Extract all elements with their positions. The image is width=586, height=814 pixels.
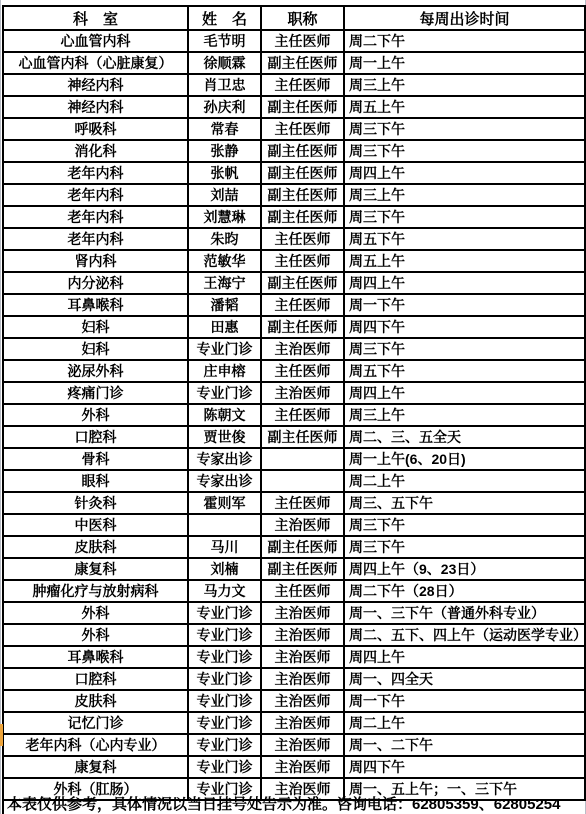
cell-title: 副主任医师 <box>261 184 344 206</box>
table-row: 康复科专业门诊主治医师周四下午 <box>3 756 585 778</box>
cell-department: 呼吸科 <box>3 118 188 140</box>
cell-schedule: 周三下午 <box>344 514 585 536</box>
cell-schedule: 周三下午 <box>344 140 585 162</box>
cell-title: 主治医师 <box>261 514 344 536</box>
cell-name: 王海宁 <box>188 272 261 294</box>
cell-name: 常春 <box>188 118 261 140</box>
cell-department: 耳鼻喉科 <box>3 294 188 316</box>
table-row: 老年内科（心内专业）专业门诊主治医师周一、二下午 <box>3 734 585 756</box>
cell-name: 专业门诊 <box>188 668 261 690</box>
table-row: 口腔科专业门诊主治医师周一、四全天 <box>3 668 585 690</box>
table-row: 老年内科朱昀主任医师周五下午 <box>3 228 585 250</box>
cell-department: 皮肤科 <box>3 536 188 558</box>
cell-name: 刘喆 <box>188 184 261 206</box>
col-header-department: 科 室 <box>3 6 188 30</box>
cell-title <box>261 448 344 470</box>
table-row: 肾内科范敏华主任医师周五上午 <box>3 250 585 272</box>
cell-name: 专业门诊 <box>188 646 261 668</box>
table-row: 老年内科刘喆副主任医师周三上午 <box>3 184 585 206</box>
cell-title: 主治医师 <box>261 382 344 404</box>
cell-name: 霍则军 <box>188 492 261 514</box>
table-row: 骨科专家出诊周一上午(6、20日) <box>3 448 585 470</box>
cell-title: 主治医师 <box>261 624 344 646</box>
cell-title: 副主任医师 <box>261 96 344 118</box>
table-row: 康复科刘楠副主任医师周四上午（9、23日） <box>3 558 585 580</box>
cell-name: 张静 <box>188 140 261 162</box>
cell-title: 主任医师 <box>261 404 344 426</box>
cell-title: 主治医师 <box>261 602 344 624</box>
table-row: 神经内科肖卫忠主任医师周三上午 <box>3 74 585 96</box>
cell-schedule: 周二下午 <box>344 30 585 52</box>
table-row: 外科专业门诊主治医师周一、三下午（普通外科专业） <box>3 602 585 624</box>
table-row: 口腔科贾世俊副主任医师周二、三、五全天 <box>3 426 585 448</box>
cell-schedule: 周四上午（9、23日） <box>344 558 585 580</box>
table-row: 外科专业门诊主治医师周二、五下、四上午（运动医学专业） <box>3 624 585 646</box>
cell-name: 田惠 <box>188 316 261 338</box>
cell-schedule: 周五下午 <box>344 360 585 382</box>
cell-title: 副主任医师 <box>261 426 344 448</box>
cell-department: 心血管内科（心脏康复） <box>3 52 188 74</box>
cell-title: 主任医师 <box>261 492 344 514</box>
cell-schedule: 周四上午 <box>344 382 585 404</box>
cell-schedule: 周四上午 <box>344 162 585 184</box>
table-row: 妇科专业门诊主治医师周三下午 <box>3 338 585 360</box>
cell-name: 专家出诊 <box>188 448 261 470</box>
table-row: 消化科张静副主任医师周三下午 <box>3 140 585 162</box>
cell-department: 肿瘤化疗与放射病科 <box>3 580 188 602</box>
cell-department: 妇科 <box>3 338 188 360</box>
table-row: 记忆门诊专业门诊主治医师周二上午 <box>3 712 585 734</box>
cell-name: 专业门诊 <box>188 624 261 646</box>
clinic-schedule-table: 科 室 姓 名 职称 每周出诊时间 心血管内科毛节明主任医师周二下午心血管内科（… <box>2 5 586 801</box>
table-row: 耳鼻喉科潘韬主任医师周一下午 <box>3 294 585 316</box>
cell-department: 老年内科 <box>3 206 188 228</box>
cell-schedule: 周四下午 <box>344 756 585 778</box>
cell-department: 消化科 <box>3 140 188 162</box>
cell-department: 记忆门诊 <box>3 712 188 734</box>
table-row: 老年内科张帆副主任医师周四上午 <box>3 162 585 184</box>
table-row: 耳鼻喉科专业门诊主治医师周四上午 <box>3 646 585 668</box>
cell-title: 副主任医师 <box>261 316 344 338</box>
cell-title: 主任医师 <box>261 360 344 382</box>
cell-department: 皮肤科 <box>3 690 188 712</box>
cell-name: 专业门诊 <box>188 382 261 404</box>
cell-department: 老年内科（心内专业） <box>3 734 188 756</box>
cell-name: 专业门诊 <box>188 338 261 360</box>
cell-name: 肖卫忠 <box>188 74 261 96</box>
table-row: 肿瘤化疗与放射病科马力文主任医师周二下午（28日） <box>3 580 585 602</box>
cell-schedule: 周二、三、五全天 <box>344 426 585 448</box>
header-row: 科 室 姓 名 职称 每周出诊时间 <box>3 6 585 30</box>
col-header-name: 姓 名 <box>188 6 261 30</box>
cell-schedule: 周五下午 <box>344 228 585 250</box>
cell-title: 副主任医师 <box>261 272 344 294</box>
cell-title: 主治医师 <box>261 690 344 712</box>
cell-schedule: 周一上午(6、20日) <box>344 448 585 470</box>
cell-schedule: 周三上午 <box>344 74 585 96</box>
col-header-schedule: 每周出诊时间 <box>344 6 585 30</box>
cell-schedule: 周三下午 <box>344 118 585 140</box>
col-header-title: 职称 <box>261 6 344 30</box>
cell-schedule: 周二上午 <box>344 712 585 734</box>
cell-name: 刘楠 <box>188 558 261 580</box>
cell-title: 副主任医师 <box>261 162 344 184</box>
cell-department: 耳鼻喉科 <box>3 646 188 668</box>
cell-department: 中医科 <box>3 514 188 536</box>
cell-schedule: 周四上午 <box>344 272 585 294</box>
table-row: 针灸科霍则军主任医师周三、五下午 <box>3 492 585 514</box>
cell-department: 外科 <box>3 602 188 624</box>
cell-name: 毛节明 <box>188 30 261 52</box>
cell-title: 主任医师 <box>261 580 344 602</box>
cell-department: 外科 <box>3 404 188 426</box>
table-row: 疼痛门诊专业门诊主治医师周四上午 <box>3 382 585 404</box>
left-window-edge <box>0 0 1 814</box>
cell-department: 老年内科 <box>3 184 188 206</box>
table-row: 老年内科刘慧琳副主任医师周三下午 <box>3 206 585 228</box>
table-row: 妇科田惠副主任医师周四下午 <box>3 316 585 338</box>
cell-schedule: 周三上午 <box>344 184 585 206</box>
cell-title: 主任医师 <box>261 294 344 316</box>
cell-department: 神经内科 <box>3 96 188 118</box>
cell-name: 专业门诊 <box>188 690 261 712</box>
cell-name: 专家出诊 <box>188 470 261 492</box>
cell-name: 专业门诊 <box>188 756 261 778</box>
cell-name: 马川 <box>188 536 261 558</box>
cell-title: 主治医师 <box>261 734 344 756</box>
cell-title: 副主任医师 <box>261 140 344 162</box>
table-row: 心血管内科毛节明主任医师周二下午 <box>3 30 585 52</box>
cell-name: 孙庆利 <box>188 96 261 118</box>
table-row: 内分泌科王海宁副主任医师周四上午 <box>3 272 585 294</box>
cell-schedule: 周二、五下、四上午（运动医学专业） <box>344 624 585 646</box>
cell-title: 主治医师 <box>261 712 344 734</box>
table-row: 呼吸科常春主任医师周三下午 <box>3 118 585 140</box>
cell-title: 副主任医师 <box>261 558 344 580</box>
cell-name: 马力文 <box>188 580 261 602</box>
table-row: 心血管内科（心脏康复）徐顺霖副主任医师周一上午 <box>3 52 585 74</box>
cell-schedule: 周三下午 <box>344 338 585 360</box>
cell-schedule: 周一下午 <box>344 294 585 316</box>
cell-department: 口腔科 <box>3 668 188 690</box>
cell-department: 神经内科 <box>3 74 188 96</box>
cell-name: 范敏华 <box>188 250 261 272</box>
cell-schedule: 周四上午 <box>344 646 585 668</box>
cell-department: 眼科 <box>3 470 188 492</box>
table-row: 皮肤科马川副主任医师周三下午 <box>3 536 585 558</box>
cell-schedule: 周三上午 <box>344 404 585 426</box>
cell-title: 主任医师 <box>261 30 344 52</box>
cell-schedule: 周一下午 <box>344 690 585 712</box>
cell-title: 主任医师 <box>261 228 344 250</box>
cell-schedule: 周一、四全天 <box>344 668 585 690</box>
cell-department: 老年内科 <box>3 228 188 250</box>
cell-name: 张帆 <box>188 162 261 184</box>
cell-department: 外科 <box>3 624 188 646</box>
table-row: 泌尿外科庄申榕主任医师周五下午 <box>3 360 585 382</box>
cell-title: 副主任医师 <box>261 52 344 74</box>
cell-title: 主治医师 <box>261 756 344 778</box>
cell-name: 潘韬 <box>188 294 261 316</box>
cell-department: 疼痛门诊 <box>3 382 188 404</box>
cell-schedule: 周三下午 <box>344 536 585 558</box>
cell-name: 刘慧琳 <box>188 206 261 228</box>
cell-schedule: 周五上午 <box>344 250 585 272</box>
table-row: 神经内科孙庆利副主任医师周五上午 <box>3 96 585 118</box>
cell-title: 副主任医师 <box>261 536 344 558</box>
cell-name <box>188 514 261 536</box>
cell-schedule: 周一、三下午（普通外科专业） <box>344 602 585 624</box>
cell-schedule: 周五上午 <box>344 96 585 118</box>
cell-name: 专业门诊 <box>188 602 261 624</box>
cell-name: 贾世俊 <box>188 426 261 448</box>
footer-note: 本表仅供参考，具体情况以当日挂号处告示为准。咨询电话：62805359、6280… <box>2 789 584 814</box>
cell-department: 康复科 <box>3 756 188 778</box>
cell-department: 心血管内科 <box>3 30 188 52</box>
cell-name: 陈朝文 <box>188 404 261 426</box>
cell-department: 老年内科 <box>3 162 188 184</box>
cell-schedule: 周一、二下午 <box>344 734 585 756</box>
cell-title: 主治医师 <box>261 338 344 360</box>
cell-department: 康复科 <box>3 558 188 580</box>
table-row: 皮肤科专业门诊主治医师周一下午 <box>3 690 585 712</box>
cell-title: 副主任医师 <box>261 206 344 228</box>
cell-department: 肾内科 <box>3 250 188 272</box>
cell-title: 主治医师 <box>261 668 344 690</box>
cell-schedule: 周二下午（28日） <box>344 580 585 602</box>
row-highlight-marker <box>0 724 3 746</box>
cell-name: 朱昀 <box>188 228 261 250</box>
cell-title: 主任医师 <box>261 250 344 272</box>
cell-schedule: 周一上午 <box>344 52 585 74</box>
cell-department: 泌尿外科 <box>3 360 188 382</box>
cell-department: 针灸科 <box>3 492 188 514</box>
table-row: 外科陈朝文主任医师周三上午 <box>3 404 585 426</box>
cell-schedule: 周四下午 <box>344 316 585 338</box>
cell-title: 主治医师 <box>261 646 344 668</box>
cell-department: 内分泌科 <box>3 272 188 294</box>
cell-title: 主任医师 <box>261 118 344 140</box>
table-row: 眼科专家出诊周二上午 <box>3 470 585 492</box>
cell-department: 妇科 <box>3 316 188 338</box>
cell-department: 骨科 <box>3 448 188 470</box>
cell-title <box>261 470 344 492</box>
cell-title: 主任医师 <box>261 74 344 96</box>
table-body: 心血管内科毛节明主任医师周二下午心血管内科（心脏康复）徐顺霖副主任医师周一上午神… <box>3 30 585 800</box>
cell-schedule: 周二上午 <box>344 470 585 492</box>
cell-schedule: 周三、五下午 <box>344 492 585 514</box>
cell-schedule: 周三下午 <box>344 206 585 228</box>
cell-name: 徐顺霖 <box>188 52 261 74</box>
cell-department: 口腔科 <box>3 426 188 448</box>
table-row: 中医科主治医师周三下午 <box>3 514 585 536</box>
cell-name: 专业门诊 <box>188 734 261 756</box>
cell-name: 庄申榕 <box>188 360 261 382</box>
cell-name: 专业门诊 <box>188 712 261 734</box>
